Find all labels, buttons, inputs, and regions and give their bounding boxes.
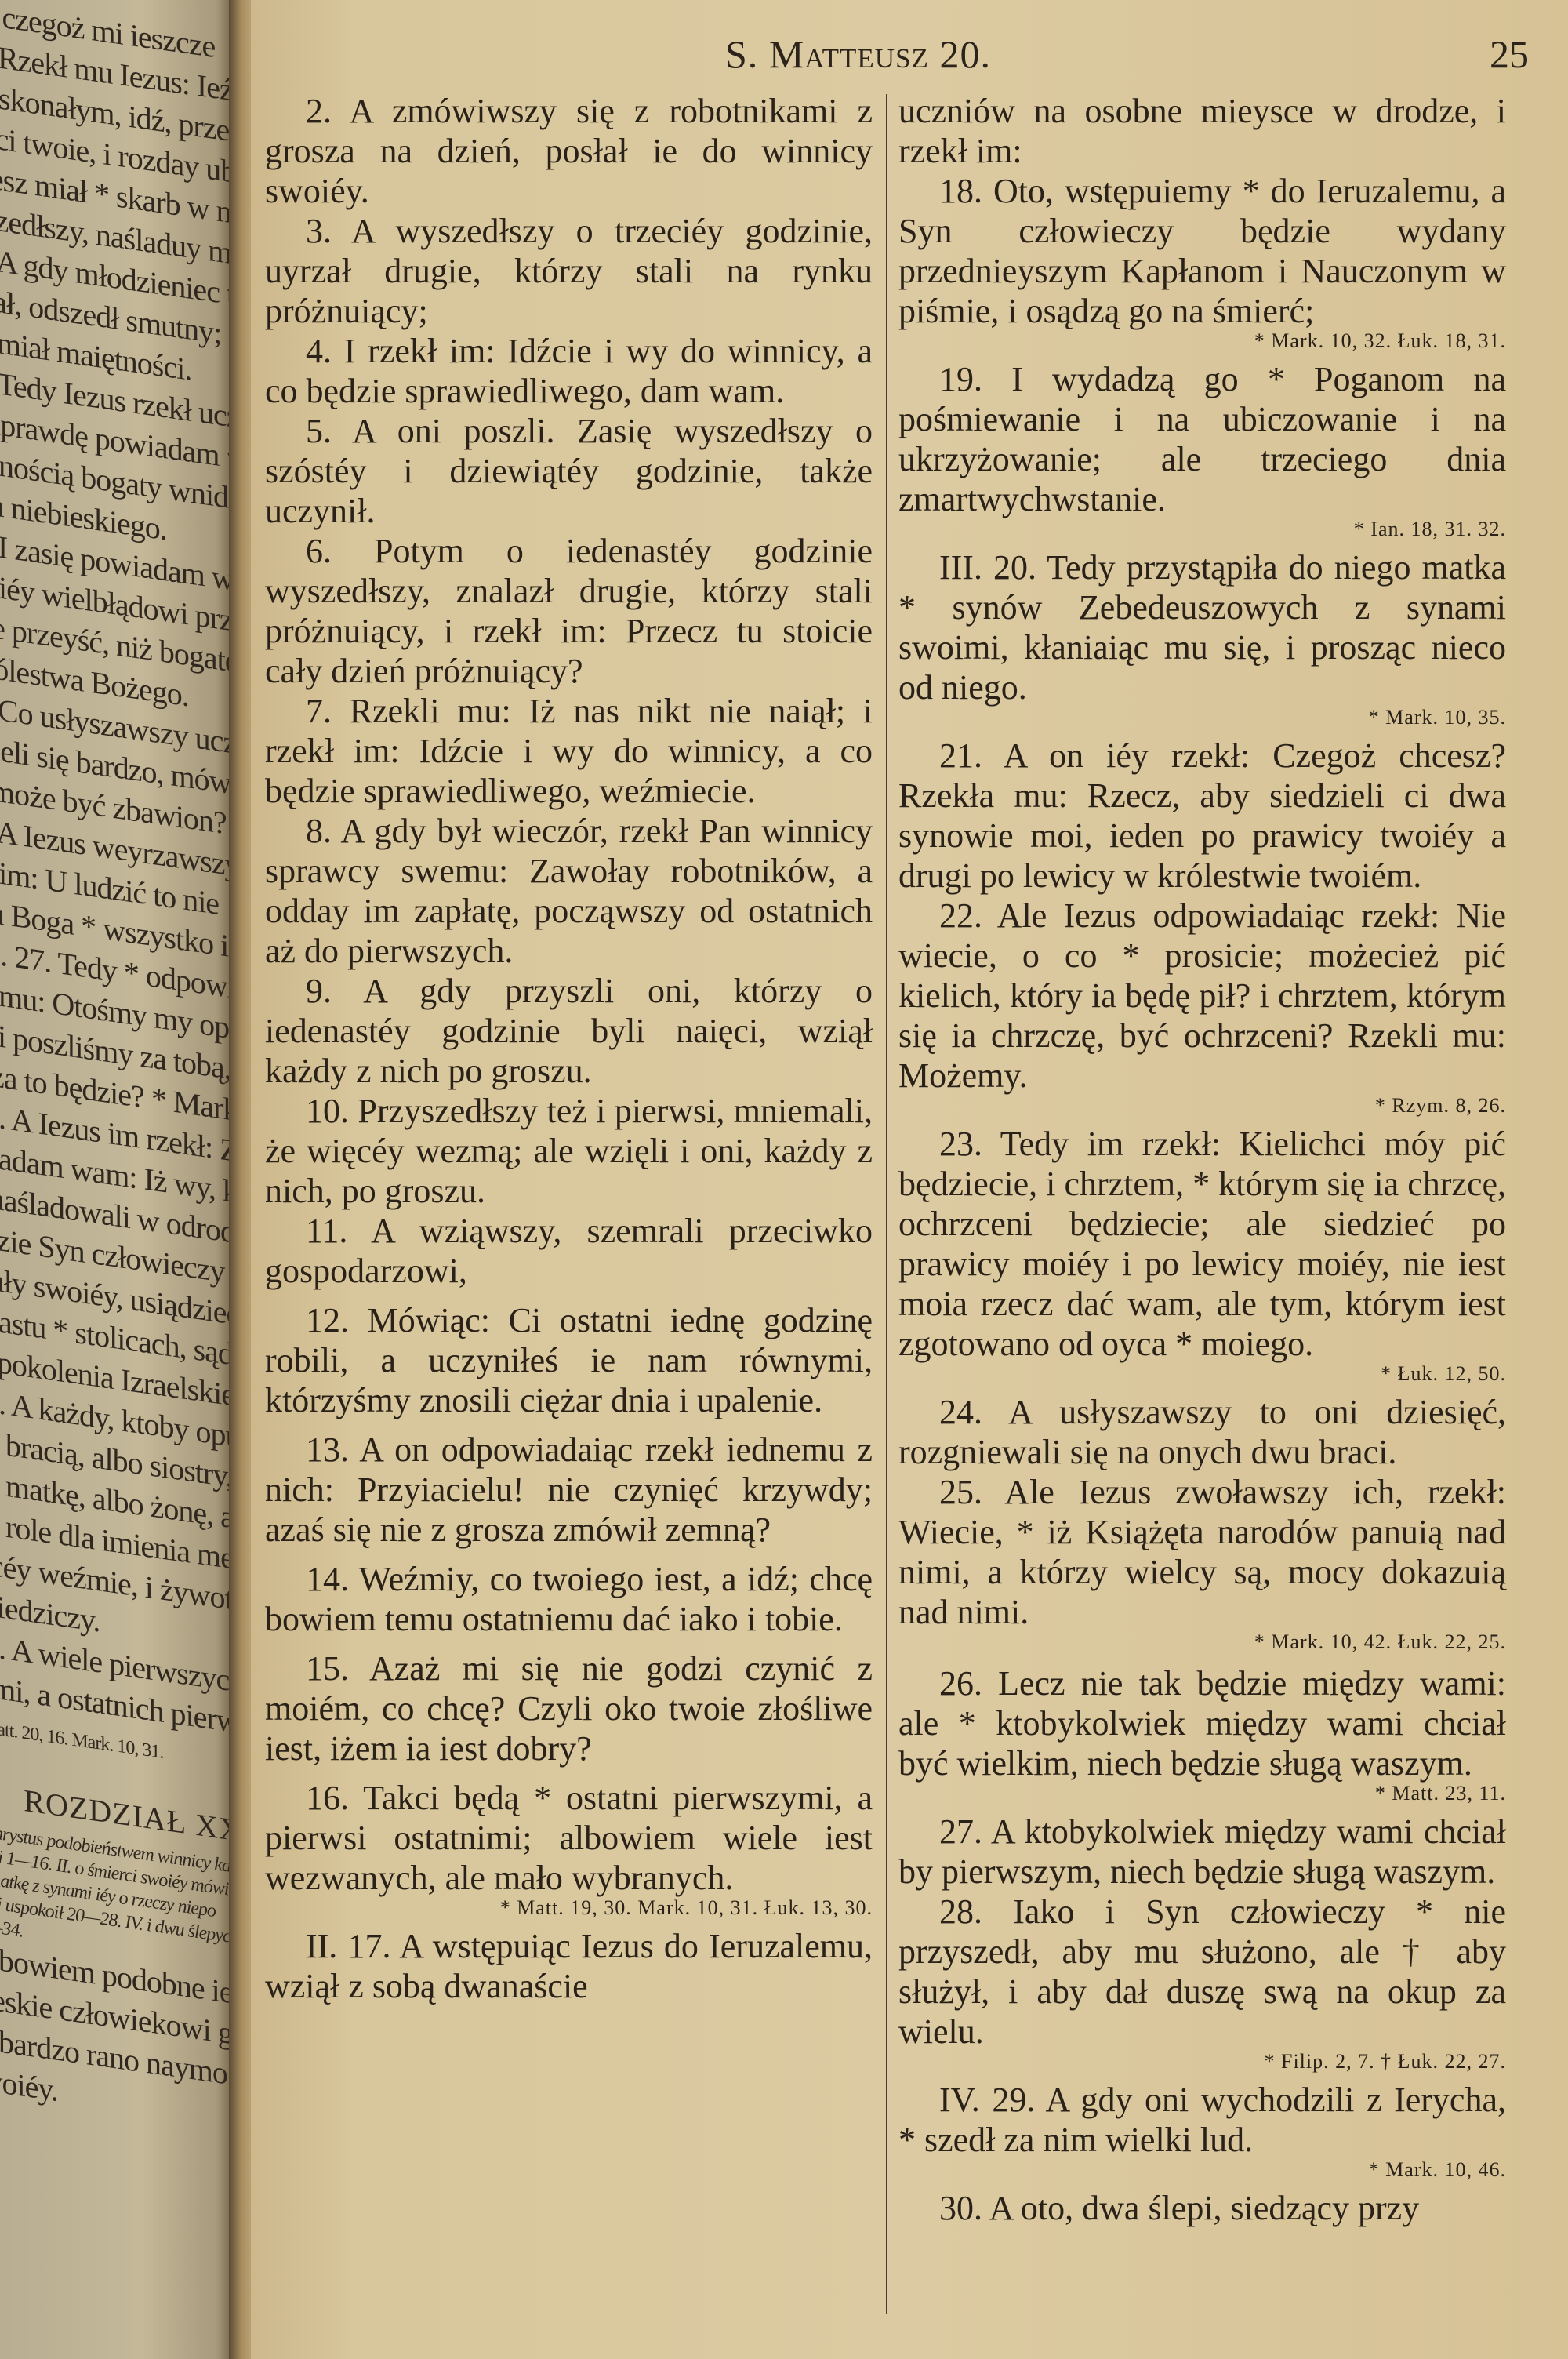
verse-25: 25. Ale Iezus zwoławszy ich, rzekł: Wiec… [898, 1472, 1506, 1632]
cross-reference: * Ian. 18, 31. 32. [898, 518, 1506, 541]
column-rule [886, 94, 887, 2314]
verse-11: 11. A wziąwszy, szemrali przeciwko gospo… [265, 1211, 873, 1291]
verse-21: 21. A on iéy rzekł: Czegoż chcesz? Rzekł… [898, 736, 1506, 896]
verse-4: 4. I rzekł im: Idźcie i wy do winnicy, a… [265, 331, 873, 411]
verse-17-continuation: uczniów na osobne mieysce w drodze, i rz… [898, 91, 1506, 171]
verse-23: 23. Tedy im rzekł: Kielichci móy pić będ… [898, 1124, 1506, 1364]
verse-14: 14. Weźmiy, co twoiego iest, a idź; chcę… [265, 1559, 873, 1639]
facing-page-fragment: a? czegoż mi ieszcze 1. Rzekł mu Iezus: … [0, 0, 235, 2359]
verse-22: 22. Ale Iezus odpowiadaiąc rzekł: Nie wi… [898, 896, 1506, 1096]
verse-15: 15. Azaż mi się nie godzi czynić z moiém… [265, 1648, 873, 1768]
verse-27: 27. A ktobykolwiek między wami chciał by… [898, 1812, 1506, 1892]
verse-9: 9. A gdy przyszli oni, którzy o iedenast… [265, 971, 873, 1091]
text-column-left: 2. A zmówiwszy się z robotnikami z grosz… [265, 91, 873, 2006]
cross-reference: * Mark. 10, 32. Łuk. 18, 31. [898, 329, 1506, 353]
cross-reference: * Matt. 19, 30. Mark. 10, 31. Łuk. 13, 3… [265, 1896, 873, 1920]
verse-8: 8. A gdy był wieczór, rzekł Pan winnicy … [265, 811, 873, 971]
verse-10: 10. Przyszedłszy też i pierwsi, mniemali… [265, 1091, 873, 1211]
verse-12: 12. Mówiąc: Ci ostatni iednę godzinę rob… [265, 1300, 873, 1420]
verse-6: 6. Potym o iedenastéy godzinie wyszedłsz… [265, 531, 873, 691]
verse-16: 16. Takci będą * ostatni pierwszymi, a p… [265, 1778, 873, 1898]
chapter-number: 20. [939, 32, 991, 76]
book-name: Matteusz [769, 32, 929, 76]
cross-reference: * Łuk. 12, 50. [898, 1362, 1506, 1386]
verse-5: 5. A oni poszli. Zasię wyszedłszy o szós… [265, 411, 873, 531]
verse-19: 19. I wydadzą go * Poganom na pośmiewani… [898, 359, 1506, 519]
cross-reference: * Matt. 23, 11. [898, 1782, 1506, 1805]
page-number: 25 [1490, 31, 1529, 77]
book-abbr: S. [725, 32, 758, 76]
cross-reference: * Mark. 10, 46. [898, 2158, 1506, 2182]
verse-30: 30. A oto, dwa ślepi, siedzący przy [898, 2188, 1506, 2228]
facing-page-text: a? czegoż mi ieszcze 1. Rzekł mu Iezus: … [0, 0, 235, 2139]
verse-3: 3. A wyszedłszy o trzeciéy godzinie, uyr… [265, 211, 873, 331]
verse-7: 7. Rzekli mu: Iż nas nikt nie naiął; i r… [265, 691, 873, 811]
cross-reference: * Mark. 10, 35. [898, 706, 1506, 729]
text-column-right: uczniów na osobne mieysce w drodze, i rz… [898, 91, 1506, 2228]
verse-29: IV. 29. A gdy oni wychodzili z Ierycha, … [898, 2080, 1506, 2160]
book-page: S. Matteusz 20. 25 2. A zmówiwszy się z … [251, 0, 1568, 2359]
cross-reference: * Rzym. 8, 26. [898, 1094, 1506, 1118]
running-title: S. Matteusz 20. [725, 31, 991, 77]
verse-18: 18. Oto, wstępuiemy * do Ieruzalemu, a S… [898, 171, 1506, 331]
cross-reference: * Mark. 10, 42. Łuk. 22, 25. [898, 1630, 1506, 1654]
verse-20: III. 20. Tedy przystąpiła do niego matka… [898, 547, 1506, 707]
verse-13: 13. A on odpowiadaiąc rzekł iednemu z ni… [265, 1430, 873, 1550]
verse-17: II. 17. A wstępuiąc Iezus do Ieruzalemu,… [265, 1926, 873, 2006]
verse-26: 26. Lecz nie tak będzie między wami: ale… [898, 1663, 1506, 1783]
verse-24: 24. A usłyszawszy to oni dziesięć, rozgn… [898, 1392, 1506, 1472]
running-head: S. Matteusz 20. 25 [251, 31, 1568, 86]
cross-reference: * Filip. 2, 7. † Łuk. 22, 27. [898, 2050, 1506, 2074]
verse-2: 2. A zmówiwszy się z robotnikami z grosz… [265, 91, 873, 211]
verse-28: 28. Iako i Syn człowieczy * nie przyszed… [898, 1892, 1506, 2052]
